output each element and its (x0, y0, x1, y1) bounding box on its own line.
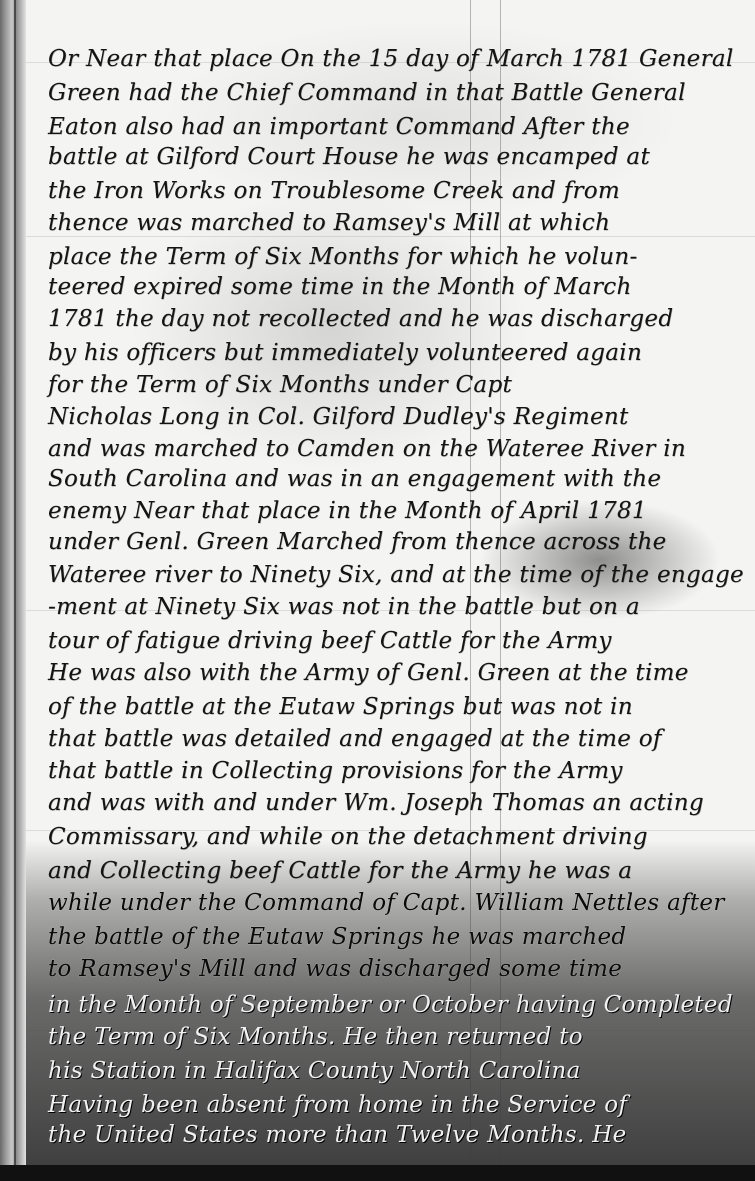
manuscript-line: under Genl. Green Marched from thence ac… (48, 527, 738, 557)
manuscript-line: place the Term of Six Months for which h… (48, 242, 738, 272)
manuscript-line: Commissary, and while on the detachment … (48, 822, 738, 852)
manuscript-line: Green had the Chief Command in that Batt… (48, 78, 738, 108)
manuscript-line: for the Term of Six Months under Capt (48, 370, 738, 400)
manuscript-line: of the battle at the Eutaw Springs but w… (48, 692, 738, 722)
manuscript-line: in the Month of September or October hav… (48, 990, 738, 1020)
manuscript-line: Wateree river to Ninety Six, and at the … (48, 560, 738, 590)
manuscript-line: tour of fatigue driving beef Cattle for … (48, 626, 738, 656)
manuscript-line: the Iron Works on Troublesome Creek and … (48, 176, 738, 206)
manuscript-line: He was also with the Army of Genl. Green… (48, 658, 738, 688)
margin-rule (14, 0, 16, 1181)
manuscript-line: South Carolina and was in an engagement … (48, 464, 738, 494)
manuscript-line: Having been absent from home in the Serv… (48, 1090, 738, 1120)
binding-margin (0, 0, 26, 1181)
manuscript-line: battle at Gilford Court House he was enc… (48, 142, 738, 172)
manuscript-line: the battle of the Eutaw Springs he was m… (48, 922, 738, 952)
manuscript-line: thence was marched to Ramsey's Mill at w… (48, 208, 738, 238)
manuscript-line: enemy Near that place in the Month of Ap… (48, 496, 738, 526)
manuscript-line: -ment at Ninety Six was not in the battl… (48, 592, 738, 622)
manuscript-page: Or Near that place On the 15 day of Marc… (0, 0, 755, 1181)
manuscript-line: Or Near that place On the 15 day of Marc… (48, 44, 738, 74)
manuscript-line: Eaton also had an important Command Afte… (48, 112, 738, 142)
manuscript-line: the Term of Six Months. He then returned… (48, 1022, 738, 1052)
manuscript-line: and was marched to Camden on the Wateree… (48, 434, 738, 464)
manuscript-line: while under the Command of Capt. William… (48, 888, 738, 918)
manuscript-line: that battle was detailed and engaged at … (48, 724, 738, 754)
manuscript-line: Nicholas Long in Col. Gilford Dudley's R… (48, 402, 738, 432)
manuscript-line: the United States more than Twelve Month… (48, 1120, 738, 1150)
manuscript-line: and was with and under Wm. Joseph Thomas… (48, 788, 738, 818)
manuscript-line: to Ramsey's Mill and was discharged some… (48, 954, 738, 984)
manuscript-line: that battle in Collecting provisions for… (48, 756, 738, 786)
manuscript-line: by his officers but immediately voluntee… (48, 338, 738, 368)
manuscript-line: teered expired some time in the Month of… (48, 272, 738, 302)
manuscript-line: his Station in Halifax County North Caro… (48, 1056, 738, 1086)
manuscript-line: and Collecting beef Cattle for the Army … (48, 856, 738, 886)
scan-bottom-edge (0, 1165, 755, 1181)
manuscript-line: 1781 the day not recollected and he was … (48, 304, 738, 334)
